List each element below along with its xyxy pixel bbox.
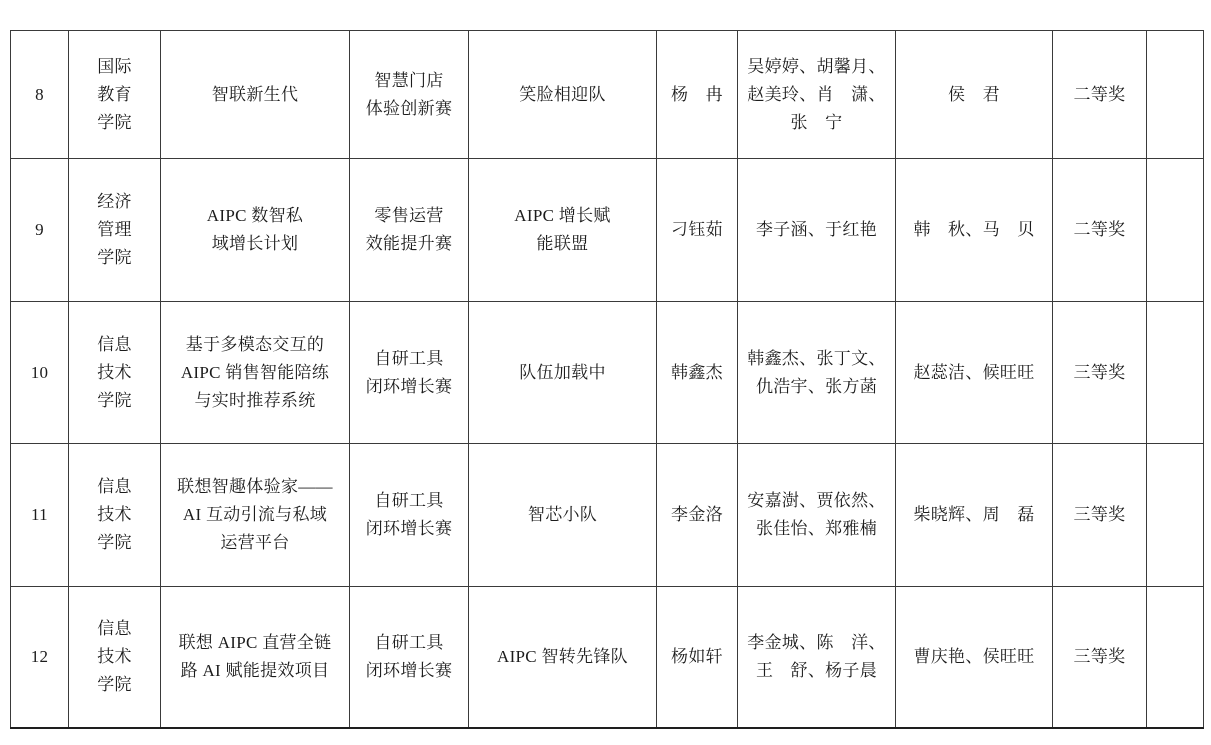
cell-members: 吴婷婷、胡馨月、 赵美玲、肖 潇、 张 宁 [738,31,896,159]
cell-project: 联想智趣体验家—— AI 互动引流与私域 运营平台 [161,444,350,587]
cell-leader: 李金洛 [657,444,738,587]
cell-project: AIPC 数智私 域增长计划 [161,159,350,302]
cell-members: 韩鑫杰、张丁文、 仇浩宇、张方菡 [738,302,896,444]
table-row: 9 经济 管理 学院 AIPC 数智私 域增长计划 零售运营 效能提升赛 AIP… [11,159,1204,302]
cell-award: 三等奖 [1053,444,1147,587]
table-row: 10 信息 技术 学院 基于多模态交互的 AIPC 销售智能陪练 与实时推荐系统… [11,302,1204,444]
cell-team: AIPC 智转先锋队 [469,587,657,728]
cell-project: 智联新生代 [161,31,350,159]
cell-leader: 杨如轩 [657,587,738,728]
cell-advisors: 赵蕊洁、候旺旺 [896,302,1053,444]
cell-members: 安嘉澍、贾依然、 张佳怡、郑雅楠 [738,444,896,587]
document-page: 8 国际 教育 学院 智联新生代 智慧门店 体验创新赛 笑脸相迎队 杨 冉 吴婷… [0,0,1211,745]
cell-team: 笑脸相迎队 [469,31,657,159]
cell-advisors: 侯 君 [896,31,1053,159]
table-row: 8 国际 教育 学院 智联新生代 智慧门店 体验创新赛 笑脸相迎队 杨 冉 吴婷… [11,31,1204,159]
cell-award: 二等奖 [1053,159,1147,302]
cell-track: 自研工具 闭环增长赛 [350,587,469,728]
cell-track: 自研工具 闭环增长赛 [350,302,469,444]
cell-track: 智慧门店 体验创新赛 [350,31,469,159]
cell-project: 基于多模态交互的 AIPC 销售智能陪练 与实时推荐系统 [161,302,350,444]
cell-team: 队伍加载中 [469,302,657,444]
cell-team: AIPC 增长赋 能联盟 [469,159,657,302]
cell-members: 李金城、陈 洋、 王 舒、杨子晨 [738,587,896,728]
table-row: 11 信息 技术 学院 联想智趣体验家—— AI 互动引流与私域 运营平台 自研… [11,444,1204,587]
cell-project: 联想 AIPC 直营全链 路 AI 赋能提效项目 [161,587,350,728]
cell-team: 智芯小队 [469,444,657,587]
cell-no: 10 [11,302,69,444]
cell-award: 三等奖 [1053,587,1147,728]
cell-no: 12 [11,587,69,728]
cell-no: 9 [11,159,69,302]
cell-college: 信息 技术 学院 [69,587,161,728]
table-sheet: 8 国际 教育 学院 智联新生代 智慧门店 体验创新赛 笑脸相迎队 杨 冉 吴婷… [10,30,1204,729]
table-row: 12 信息 技术 学院 联想 AIPC 直营全链 路 AI 赋能提效项目 自研工… [11,587,1204,728]
cell-leader: 韩鑫杰 [657,302,738,444]
cell-college: 国际 教育 学院 [69,31,161,159]
cell-leader: 刁钰茹 [657,159,738,302]
cell-note [1147,159,1204,302]
cell-advisors: 曹庆艳、侯旺旺 [896,587,1053,728]
cell-leader: 杨 冉 [657,31,738,159]
cell-members: 李子涵、于红艳 [738,159,896,302]
cell-note [1147,31,1204,159]
cell-advisors: 柴晓辉、周 磊 [896,444,1053,587]
cell-college: 信息 技术 学院 [69,444,161,587]
cell-track: 零售运营 效能提升赛 [350,159,469,302]
cell-no: 8 [11,31,69,159]
cell-note [1147,444,1204,587]
cell-award: 二等奖 [1053,31,1147,159]
cell-note [1147,302,1204,444]
cell-no: 11 [11,444,69,587]
cell-college: 经济 管理 学院 [69,159,161,302]
cell-award: 三等奖 [1053,302,1147,444]
cell-track: 自研工具 闭环增长赛 [350,444,469,587]
cell-note [1147,587,1204,728]
cell-advisors: 韩 秋、马 贝 [896,159,1053,302]
award-results-table: 8 国际 教育 学院 智联新生代 智慧门店 体验创新赛 笑脸相迎队 杨 冉 吴婷… [10,30,1204,729]
cell-college: 信息 技术 学院 [69,302,161,444]
